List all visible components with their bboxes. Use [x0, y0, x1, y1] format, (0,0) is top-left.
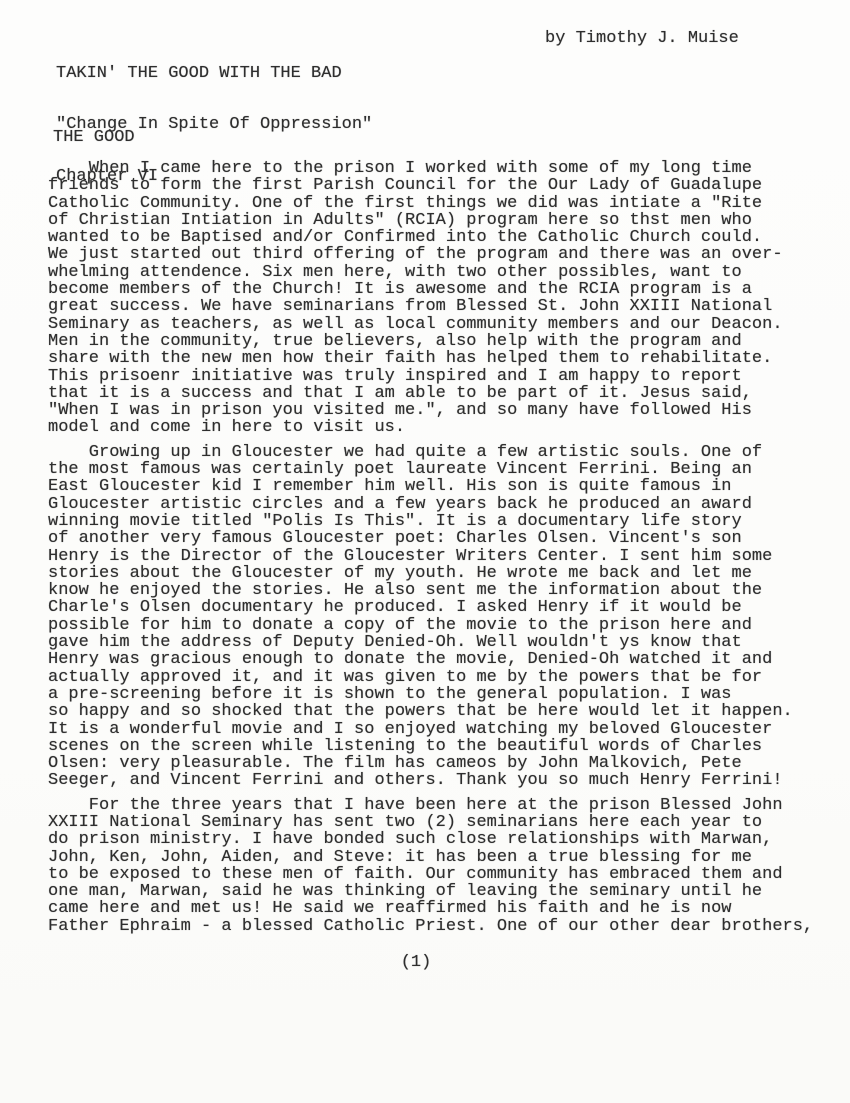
document-body: When I came here to the prison I worked …: [48, 160, 840, 942]
paragraph: When I came here to the prison I worked …: [48, 160, 840, 437]
paragraph: Growing up in Gloucester we had quite a …: [48, 444, 840, 790]
page-number: (1): [0, 954, 832, 971]
document-title: TAKIN' THE GOOD WITH THE BAD: [56, 65, 372, 82]
byline: by Timothy J. Muise: [545, 30, 739, 47]
paragraph: For the three years that I have been her…: [48, 797, 840, 935]
section-heading: THE GOOD: [53, 129, 135, 146]
document-page: TAKIN' THE GOOD WITH THE BAD "Change In …: [0, 0, 850, 1103]
